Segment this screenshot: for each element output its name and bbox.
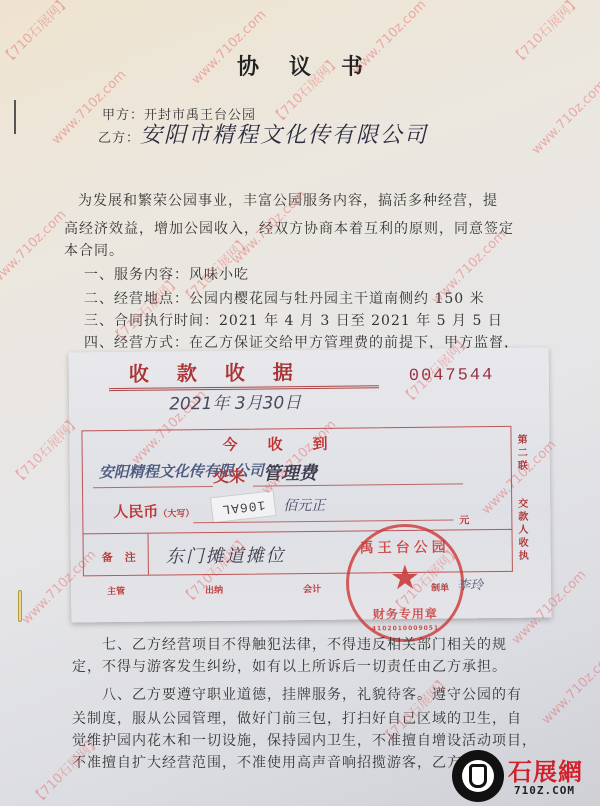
copy-label: 第二联 <box>517 434 531 473</box>
receipt-frame: 今收到 安阳精程文化传有限公司 交来 管理费 人民币（大写） 106AL 佰元正… <box>81 426 513 576</box>
clause-8-cont: 关制度，服从公园管理，做好门前三包，打扫好自己区域的卫生，自 <box>72 708 522 728</box>
rmb-uppercase: （大写） <box>158 509 194 519</box>
seal-top-text: 禹王台公园 <box>349 536 461 557</box>
amount-handwritten: 佰元正 <box>283 495 325 515</box>
agreement-title: 协议书 <box>0 50 600 81</box>
logo-domain: 710Z.COM <box>514 784 575 797</box>
amount-tag: 106AL <box>210 490 277 523</box>
watermark-url: www.710z.com <box>0 207 69 287</box>
receipt-title: 收款收据 <box>129 356 321 387</box>
rmb-label: 人民币（大写） <box>113 500 194 522</box>
paper-clip <box>18 590 22 622</box>
clause-8-cont: 觉维护园内花木和一切设施，保持园内卫生，不准擅自增设活动项目， <box>72 730 537 750</box>
clause-8-cont: 不准擅自扩大经营范围，不准使用高声音响招揽游客，乙方经 <box>72 752 477 772</box>
party-b: 乙方：安阳市精程文化传有限公司 <box>98 118 428 149</box>
rmb-text: 人民币 <box>113 503 158 521</box>
clause-8: 八、乙方要遵守职业道德，挂牌服务，礼貌待客。遵守公园的有 <box>102 684 522 704</box>
sign-accountant: 会计 <box>303 582 321 595</box>
intro-paragraph-line: 本合同。 <box>64 240 124 260</box>
seal-code: 4102010009051 <box>349 624 461 632</box>
logo-name: 石展網 <box>508 752 583 787</box>
clause-2: 二、经营地点：公园内樱花园与牡丹园主干道南侧约 150 米 <box>84 288 485 308</box>
seal-bottom-text: 财务专用章 <box>349 604 461 622</box>
site-logo: 石展網 710Z.COM <box>448 748 600 806</box>
receipt: 收款收据 0047544 2021年 3月30日 今收到 安阳精程文化传有限公司… <box>69 347 552 622</box>
received-label: 今收到 <box>222 433 357 455</box>
margin-line <box>14 100 16 134</box>
remark-handwritten: 东门摊道摊位 <box>166 541 286 568</box>
sign-preparer: 制单 <box>431 581 449 594</box>
logo-icon <box>452 750 504 802</box>
yuan-label: 元 <box>459 511 469 526</box>
copy-note: 交款人收执 <box>518 498 533 563</box>
sign-cashier: 出纳 <box>205 583 223 596</box>
intro-paragraph-line: 高经济效益，增加公园收入，经双方协商本着互利的原则，同意签定 <box>64 218 514 238</box>
party-b-label: 乙方： <box>98 131 140 146</box>
remark-label: 备注 <box>102 549 148 565</box>
clause-3: 三、合同执行时间：2021 年 4 月 3 日至 2021 年 5 月 5 日 <box>84 310 503 330</box>
watermark-url: www.710z.com <box>529 77 600 157</box>
receipt-date: 2021年 3月30日 <box>169 388 301 414</box>
clause-7: 七、乙方经营项目不得触犯法律，不得违反相关部门相关的规 <box>102 634 507 654</box>
sign-supervisor: 主管 <box>107 584 125 597</box>
item-handwritten: 管理费 <box>263 459 317 486</box>
intro-paragraph-line: 为发展和繁荣公园事业，丰富公园服务内容，搞活多种经营，提 <box>78 190 498 210</box>
preparer-signature: 李玲 <box>457 574 483 593</box>
watermark-url: www.710z.com <box>539 647 600 727</box>
from-label: 交来 <box>213 464 245 487</box>
document-photo: 协议书 甲方：开封市禹王台公园 乙方：安阳市精程文化传有限公司 为发展和繁荣公园… <box>0 0 600 806</box>
amount-tag-text: 106AL <box>220 492 266 521</box>
clause-7-cont: 定，不得与游客发生纠纷，如有以上所诉后一切责任由乙方承担。 <box>72 656 507 676</box>
payer-underline <box>93 486 213 488</box>
receipt-number: 0047544 <box>409 366 495 386</box>
clause-1: 一、服务内容：风味小吃 <box>84 264 249 284</box>
party-b-name-handwritten: 安阳市精程文化传有限公司 <box>140 123 428 148</box>
